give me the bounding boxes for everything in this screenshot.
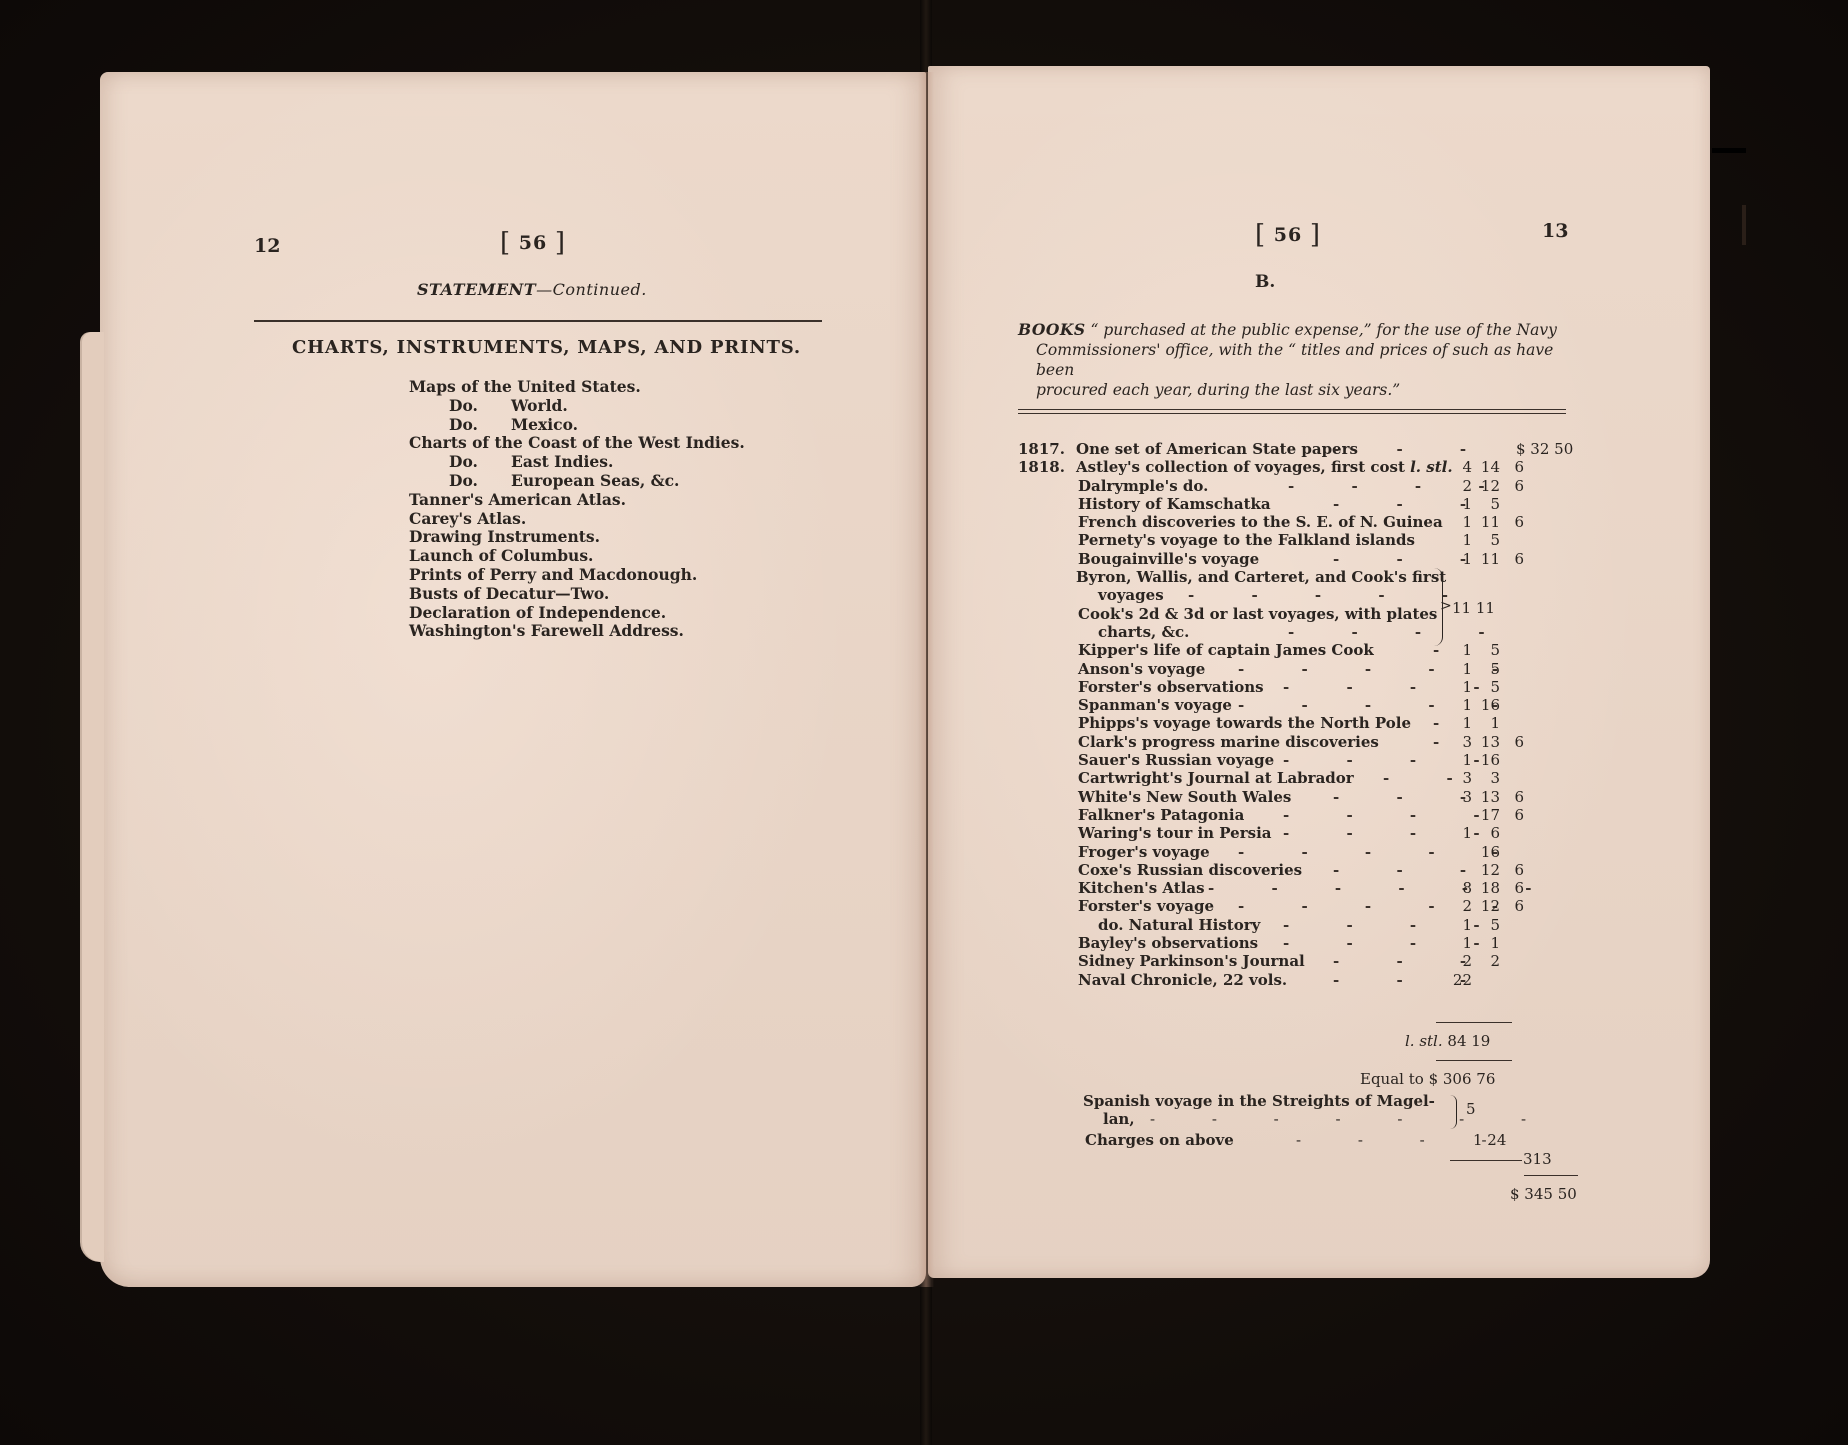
ledger-row: Coxe's Russian discoveries- - -126: [1018, 861, 1578, 879]
list-item: Busts of Decatur—Two.: [409, 585, 745, 604]
running-head-suffix: —Continued.: [536, 280, 647, 299]
list-item: Washington's Farewell Address.: [409, 622, 745, 641]
ledger-row: Dalrymple's do. - - - - 2 12 6: [1018, 477, 1578, 495]
ledger-row: Cartwright's Journal at Labrador- -33: [1018, 769, 1578, 787]
list-item: Launch of Columbus.: [409, 547, 745, 566]
doc-number-value: 56: [519, 232, 547, 254]
ledger-row: Bayley's observations- - - -11: [1018, 934, 1578, 952]
list-item: Do.European Seas, &c.: [409, 472, 745, 491]
list-item: Do.World.: [409, 397, 745, 416]
charts-list: Maps of the United States. Do.World. Do.…: [409, 378, 745, 641]
right-document-number: [ 56 ]: [1255, 220, 1321, 250]
charges-label: Charges on above: [1085, 1131, 1234, 1149]
ledger-row: Pernety's voyage to the Falkland islands…: [1018, 531, 1578, 549]
ledger-row: Clark's progress marine discoveries-3136: [1018, 733, 1578, 751]
running-head: STATEMENT—Continued.: [417, 280, 647, 299]
sum-rule: [1450, 1160, 1522, 1161]
ledger-row: Anson's voyage- - - - -15: [1018, 660, 1578, 678]
list-item: Maps of the United States.: [409, 378, 745, 397]
ledger-row: Falkner's Patagonia- - - -176: [1018, 806, 1578, 824]
books-ledger: 1817. One set of American State papers -…: [1018, 440, 1578, 989]
spanish-voyage-line-1: Spanish voyage in the Streights of Magel…: [1083, 1092, 1435, 1110]
intro-line-3: procured each year, during the last six …: [1018, 380, 1558, 400]
equal-to-line: Equal to $ 306 76: [1360, 1070, 1495, 1088]
brace-point: >: [1440, 598, 1452, 614]
subtotal-line: l. stl. 84 19: [1405, 1032, 1490, 1050]
bracket-close: ]: [1310, 220, 1321, 250]
bracket-open: [: [1255, 220, 1266, 250]
running-head-title: STATEMENT: [417, 280, 536, 299]
dollar-amount: $ 32 50: [1516, 440, 1573, 458]
ledger-row: Phipps's voyage towards the North Pole-1…: [1018, 714, 1578, 732]
edge-mark: [1712, 148, 1746, 153]
sum-rule: [1436, 1060, 1512, 1061]
spanish-amount: 5: [1466, 1100, 1476, 1118]
ledger-row: Kipper's life of captain James Cook-15: [1018, 641, 1578, 659]
sum-rule: [1436, 1022, 1512, 1023]
intro-lead: BOOKS: [1018, 320, 1086, 339]
list-item: Do.East Indies.: [409, 453, 745, 472]
spanish-voyage-line-2: lan,: [1103, 1110, 1135, 1128]
dashes: - - - - - - -: [1150, 1110, 1552, 1128]
ledger-row: Froger's voyage- - - - -16: [1018, 843, 1578, 861]
ledger-row: 1817. One set of American State papers -…: [1018, 440, 1578, 458]
list-item: Tanner's American Atlas.: [409, 491, 745, 510]
bracket-close: ]: [555, 228, 566, 258]
equal-to-value: $ 306 76: [1429, 1070, 1496, 1088]
ledger-row: History of Kamschatka - - - 1 5: [1018, 495, 1578, 513]
subtotal-value: 84 19: [1447, 1032, 1490, 1050]
list-item: Declaration of Independence.: [409, 604, 745, 623]
intro-line-1: “ purchased at the public expense,” for …: [1091, 321, 1557, 339]
ledger-row: charts, &c. - - - -: [1018, 623, 1578, 641]
ledger-row: French discoveries to the S. E. of N. Gu…: [1018, 513, 1578, 531]
ledger-row: 1818. Astley's collection of voyages, fi…: [1018, 458, 1578, 476]
header-rule: [254, 320, 822, 322]
ledger-row: White's New South Wales- - -3136: [1018, 788, 1578, 806]
carry-total: 313: [1523, 1150, 1552, 1168]
double-rule: [1018, 409, 1566, 414]
ledger-row: Byron, Wallis, and Carteret, and Cook's …: [1018, 568, 1578, 586]
right-folio: 13: [1542, 220, 1568, 242]
list-item: Do.Mexico.: [409, 416, 745, 435]
ledger-row: Waring's tour in Persia- - - -16: [1018, 824, 1578, 842]
grand-total: $ 345 50: [1510, 1185, 1577, 1203]
bracket-open: [: [500, 228, 511, 258]
ledger-row: Kitchen's Atlas- - - - - -8186: [1018, 879, 1578, 897]
gutter-fold: [918, 72, 934, 1287]
appendix-letter: B.: [1255, 272, 1275, 292]
left-folio: 12: [254, 235, 280, 257]
ledger-row: Sidney Parkinson's Journal- - -22: [1018, 952, 1578, 970]
list-item: Carey's Atlas.: [409, 510, 745, 529]
right-brace: [1450, 1095, 1457, 1129]
ledger-row: do. Natural History- - - -15: [1018, 916, 1578, 934]
doc-number-value: 56: [1274, 224, 1302, 246]
ledger-row: Bougainville's voyage - - - 1 11 6: [1018, 550, 1578, 568]
charges-amount: 1 24: [1473, 1131, 1506, 1149]
ledger-row: Forster's observations- - - -15: [1018, 678, 1578, 696]
list-item: Prints of Perry and Macdonough.: [409, 566, 745, 585]
sum-rule: [1524, 1175, 1578, 1176]
left-document-number: [ 56 ]: [500, 228, 566, 258]
ledger-row: Naval Chronicle, 22 vols.- - -22: [1018, 971, 1578, 989]
ledger-row: Spanman's voyage- - - - -116: [1018, 696, 1578, 714]
books-intro-paragraph: BOOKS “ purchased at the public expense,…: [1018, 320, 1558, 400]
list-item: Charts of the Coast of the West Indies.: [409, 434, 745, 453]
section-heading: CHARTS, INSTRUMENTS, MAPS, AND PRINTS.: [292, 337, 801, 358]
edge-mark: [1742, 205, 1746, 245]
intro-line-2: Commissioners' office, with the “ titles…: [1018, 340, 1558, 380]
list-item: Drawing Instruments.: [409, 528, 745, 547]
ledger-row: Forster's voyage- - - - -2126: [1018, 897, 1578, 915]
bracket-amount: 11 11: [1452, 599, 1495, 617]
ledger-row: Sauer's Russian voyage- - - -116: [1018, 751, 1578, 769]
